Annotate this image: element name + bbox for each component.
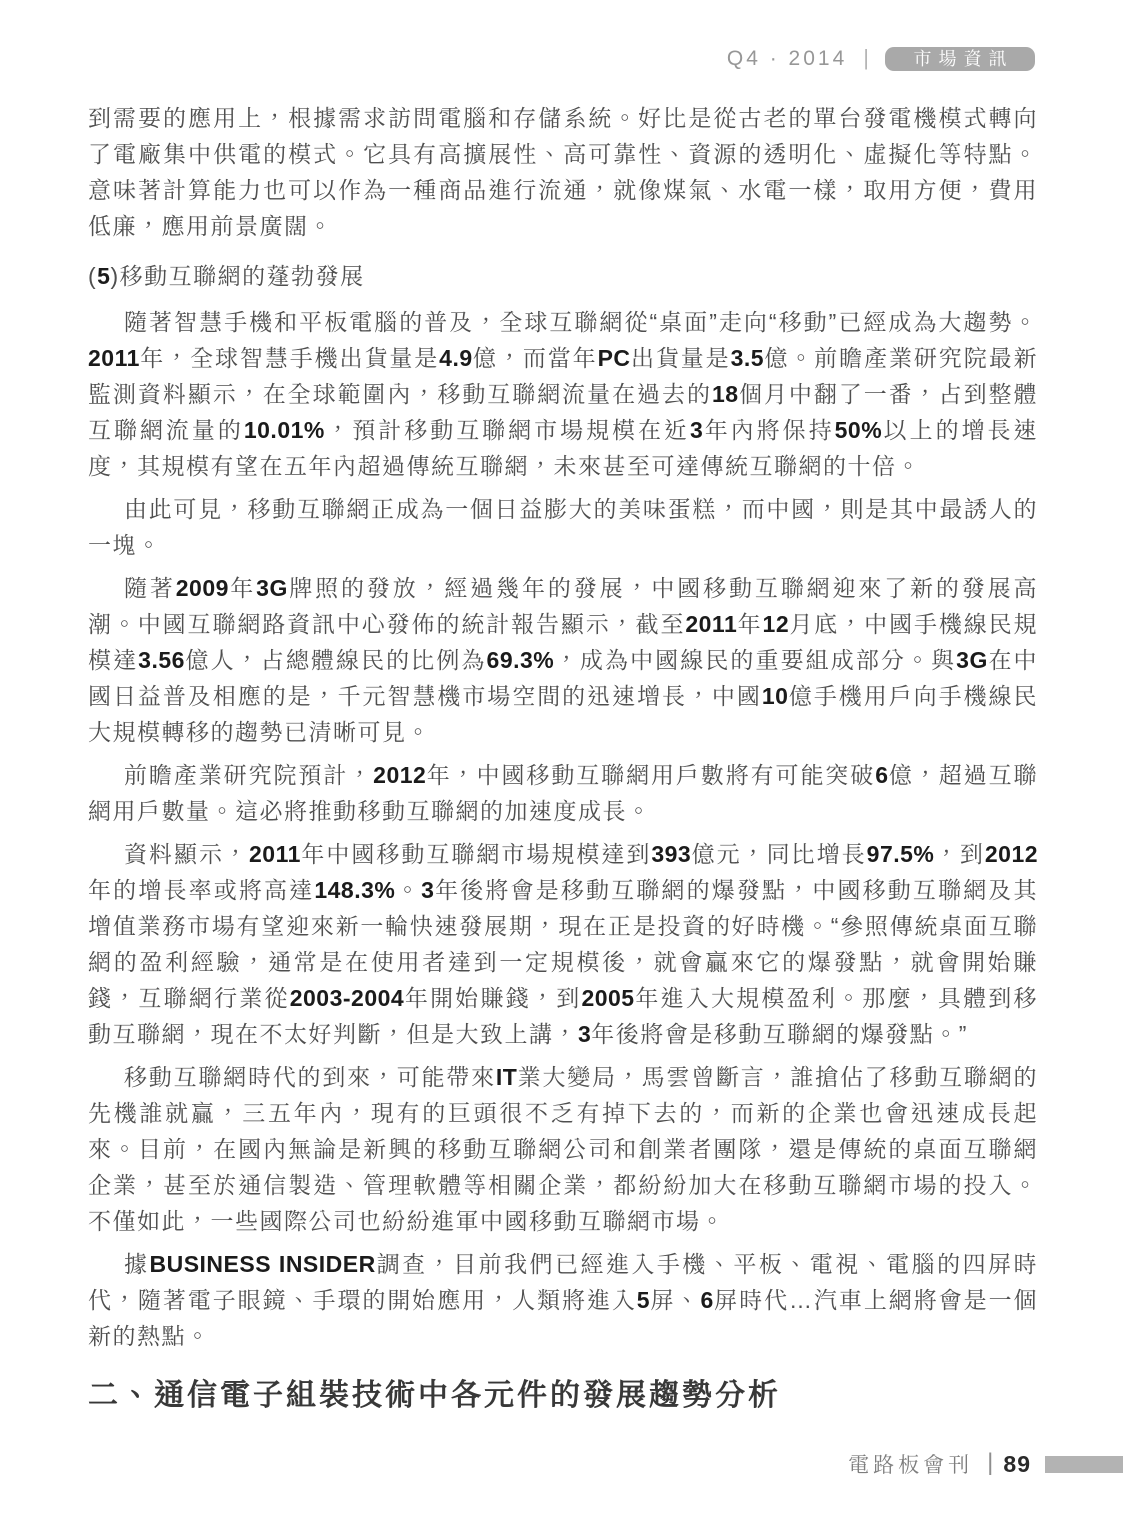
- paragraph-list: 到需要的應用上，根據需求訪問電腦和存儲系統。好比是從古老的單台發電機模式轉向了電…: [88, 100, 1038, 1354]
- document-page: Q4 · 2014 | 市場資訊 到需要的應用上，根據需求訪問電腦和存儲系統。好…: [0, 0, 1123, 1536]
- page-footer: 電路板會刊 | 89: [848, 1449, 1123, 1479]
- section-heading: 二、通信電子組裝技術中各元件的發展趨勢分析: [88, 1378, 1038, 1414]
- journal-name: 電路板會刊: [848, 1449, 973, 1479]
- page-header: Q4 · 2014 | 市場資訊: [727, 46, 1035, 72]
- paragraph: 隨著2009年3G牌照的發放，經過幾年的發展，中國移動互聯網迎來了新的發展高潮。…: [88, 570, 1038, 750]
- page-number: 89: [1003, 1451, 1031, 1478]
- paragraph: 據BUSINESS INSIDER調查，目前我們已經進入手機、平板、電視、電腦的…: [88, 1246, 1038, 1354]
- paragraph: 前瞻產業研究院預計，2012年，中國移動互聯網用戶數將有可能突破6億，超過互聯網…: [88, 757, 1038, 829]
- footer-decoration-bar: [1045, 1456, 1123, 1473]
- paragraph: 由此可見，移動互聯網正成為一個日益膨大的美味蛋糕，而中國，則是其中最誘人的一塊。: [88, 491, 1038, 563]
- article-body: 到需要的應用上，根據需求訪問電腦和存儲系統。好比是從古老的單台發電機模式轉向了電…: [88, 100, 1038, 1414]
- section-badge: 市場資訊: [885, 47, 1035, 71]
- issue-label: Q4 · 2014: [727, 47, 847, 71]
- paragraph: 隨著智慧手機和平板電腦的普及，全球互聯網從“桌面”走向“移動”已經成為大趨勢。2…: [88, 304, 1038, 484]
- paragraph: 資料顯示，2011年中國移動互聯網市場規模達到393億元，同比增長97.5%，到…: [88, 836, 1038, 1052]
- footer-separator: |: [987, 1449, 993, 1477]
- paragraph: 到需要的應用上，根據需求訪問電腦和存儲系統。好比是從古老的單台發電機模式轉向了電…: [88, 100, 1038, 244]
- paragraph: (5)移動互聯網的蓬勃發展: [88, 258, 1038, 294]
- header-separator: |: [863, 45, 869, 71]
- paragraph: 移動互聯網時代的到來，可能帶來IT業大變局，馬雲曾斷言，誰搶佔了移動互聯網的先機…: [88, 1059, 1038, 1239]
